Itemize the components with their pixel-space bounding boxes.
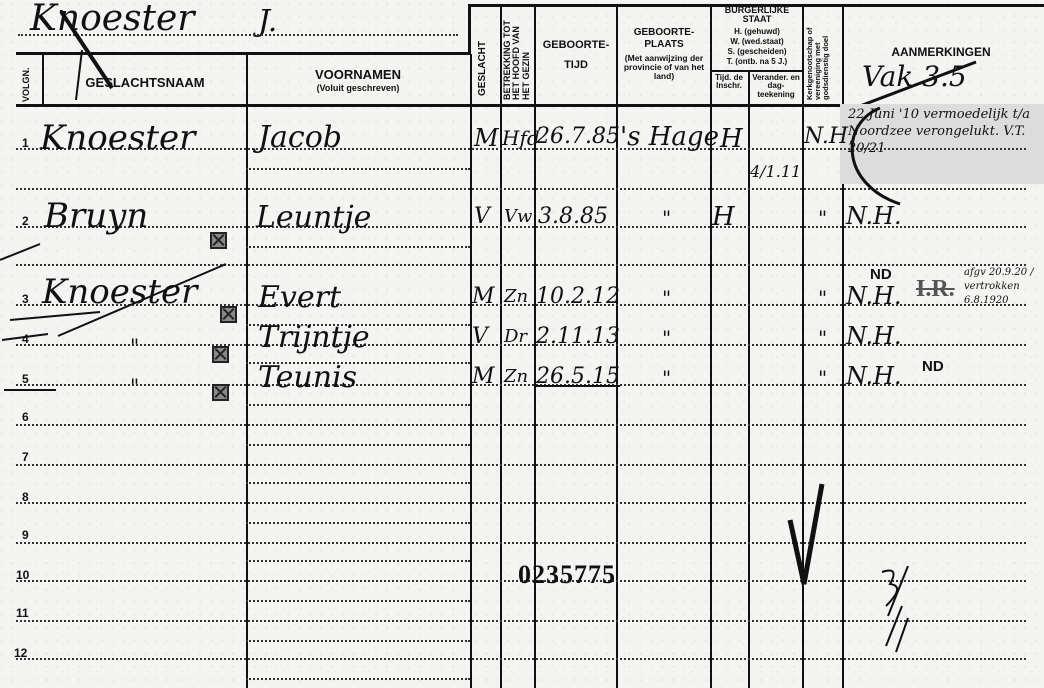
header-step (468, 4, 471, 54)
civil-change: 4/1.11 (750, 162, 801, 181)
col-header-geboorteplaats-sub: (Met aanwijzing der provincie of van het… (620, 54, 708, 81)
nd-stamp: ND (870, 266, 892, 283)
bottom-mark-icon (876, 566, 926, 656)
row-number: 12 (14, 646, 27, 660)
birth-place: " (662, 326, 671, 350)
col-header-bs-t: T. (ontb. na 5 J.) (712, 58, 802, 66)
col-header-bs-w: W. (wed.staat) (712, 38, 802, 46)
remarks: N.H. (846, 202, 902, 230)
birth-place: " (662, 366, 671, 390)
col-header-geboorteplaats-1: GEBOORTE- (618, 28, 710, 39)
col-line-volgn (42, 54, 44, 104)
col-header-geslacht: GESLACHT (478, 41, 489, 96)
ir-stamp: I.R. (916, 276, 955, 303)
relation: Vw (504, 206, 532, 227)
row-number: 6 (22, 410, 29, 424)
remarks-circle-icon (840, 104, 950, 214)
col-line-betrekking (500, 6, 502, 688)
given-name: Evert (258, 280, 341, 315)
col-header-betrekking: BETREKKING TOT HET HOOFD VAN HET GEZIN (503, 6, 531, 100)
birth-place: 's Hage (620, 122, 719, 152)
serial-number: 0235775 (518, 560, 616, 590)
col-header-kerkgenootschap: Kerkgenootschap of vereeniging met godsd… (806, 6, 830, 100)
margin-strike-icons (0, 230, 60, 410)
sex: V (472, 324, 488, 349)
remarks-extra: afgv 20.9.20 / vertrokken 6.8.1920 (964, 266, 1044, 308)
col-line-bs (710, 6, 712, 688)
church: " (818, 286, 827, 310)
civil-status: H (712, 202, 735, 232)
stamp-box-icon (212, 346, 229, 363)
surname: Knoester (40, 118, 195, 158)
row-number: 10 (16, 568, 29, 582)
relation: Zn (504, 286, 528, 307)
col-header-voornamen: VOORNAMEN (250, 68, 466, 82)
col-header-geslachtsnaam: GESLACHTSNAAM (60, 76, 230, 90)
col-header-bs-h: H. (gehuwd) (712, 28, 802, 36)
given-name: Teunis (258, 360, 357, 395)
remarks: N.H. (846, 362, 902, 390)
remarks: N.H. (846, 282, 902, 310)
row-number: 11 (16, 606, 29, 620)
sex: V (474, 204, 490, 229)
birth-place: " (662, 206, 671, 230)
col-header-voornamen-sub: (Voluit geschreven) (250, 84, 466, 93)
stamp-box-icon (210, 232, 227, 249)
remarks: N.H. (846, 322, 902, 350)
relation: Zn (504, 366, 528, 387)
stamp-box-icon (220, 306, 237, 323)
col-header-bs-s: S. (gescheiden) (712, 48, 802, 56)
row-number: 9 (22, 528, 29, 542)
col-header-bs-tijd: Tijd. de Inschr. (711, 74, 747, 91)
sex: M (472, 364, 495, 389)
col-header-volgn: VOLGN. (22, 67, 31, 102)
surname: " (130, 374, 139, 398)
relation: Dr (504, 326, 527, 347)
bs-sub-divider (710, 70, 802, 72)
church: " (818, 206, 827, 230)
birth-date: 26.5.15 (536, 364, 620, 389)
check-mark-icon (786, 480, 826, 590)
nd-stamp: ND (922, 358, 944, 375)
relation: Hfd (502, 126, 540, 150)
header-top-border-left (16, 52, 470, 55)
church: " (818, 366, 827, 390)
sex: M (474, 124, 499, 152)
birth-date: 2.11.13 (536, 324, 620, 349)
civil-status: H (720, 124, 743, 154)
given-name: Leuntje (256, 200, 371, 235)
surname: " (130, 334, 139, 358)
stamp-box-icon (212, 384, 229, 401)
row-number: 7 (22, 450, 29, 464)
sex: M (472, 284, 495, 309)
col-header-burgerlijke-staat: BURGERLIJKE STAAT (714, 6, 800, 25)
given-name: Jacob (258, 120, 342, 155)
col-header-geboorteplaats-2: PLAATS (618, 40, 710, 51)
col-header-geboortetijd-1: GEBOORTE- (536, 40, 616, 52)
birth-date: 26.7.85 (536, 124, 620, 149)
birth-date: 10.2.12 (536, 284, 620, 309)
registration-card: Knoester J. VOLGN. GESLACHTSNAAM VOORNAM… (0, 0, 1044, 688)
given-name: Trijntje (258, 320, 370, 355)
church: " (818, 326, 827, 350)
birth-place: " (662, 286, 671, 310)
birth-date: 3.8.85 (538, 204, 608, 229)
row-number: 8 (22, 490, 29, 504)
col-header-bs-verander: Verander. en dag-teekening (750, 74, 802, 99)
col-header-geboortetijd-2: TIJD (536, 60, 616, 72)
